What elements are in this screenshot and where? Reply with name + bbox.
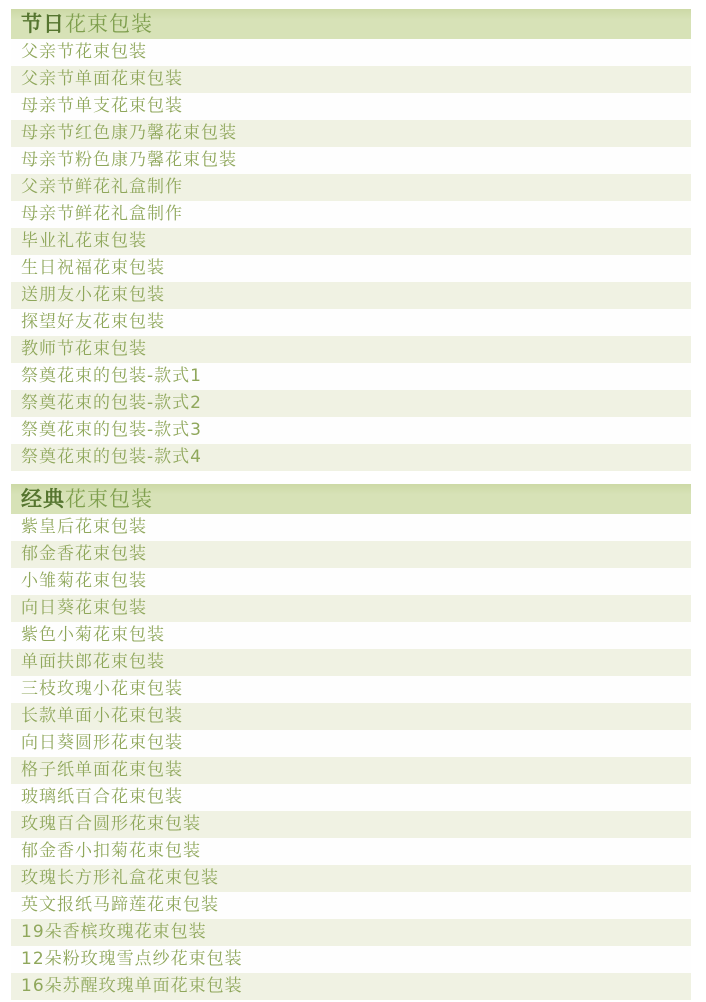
list-item[interactable]: 长款单面小花束包装 xyxy=(11,703,691,730)
list-item[interactable]: 三枝玫瑰小花束包装 xyxy=(11,676,691,703)
list-item-label: 单面扶郎花束包装 xyxy=(21,652,165,672)
list-item-label: 毕业礼花束包装 xyxy=(21,231,147,251)
list-item[interactable]: 格子纸单面花束包装 xyxy=(11,757,691,784)
list-item[interactable]: 向日葵圆形花束包装 xyxy=(11,730,691,757)
list-item[interactable]: 父亲节鲜花礼盒制作 xyxy=(11,174,691,201)
list-item-label: 探望好友花束包装 xyxy=(21,312,165,332)
list-item-label: 向日葵圆形花束包装 xyxy=(21,733,183,753)
list-item-label: 郁金香小扣菊花束包装 xyxy=(21,841,201,861)
list-item[interactable]: 12朵粉玫瑰雪点纱花束包装 xyxy=(11,946,691,973)
category-section: 经典花束包装 紫皇后花束包装 郁金香花束包装 小雏菊花束包装 向日葵花束包装 紫… xyxy=(11,484,691,1000)
list-item[interactable]: 英文报纸马蹄莲花束包装 xyxy=(11,892,691,919)
list-item[interactable]: 紫皇后花束包装 xyxy=(11,514,691,541)
section-title-rest: 花束包装 xyxy=(65,487,153,511)
list-item-label: 玻璃纸百合花束包装 xyxy=(21,787,183,807)
list-item[interactable]: 玫瑰百合圆形花束包装 xyxy=(11,811,691,838)
list-item-label: 紫皇后花束包装 xyxy=(21,517,147,537)
list-item[interactable]: 母亲节红色康乃馨花束包装 xyxy=(11,120,691,147)
list-item-label: 母亲节单支花束包装 xyxy=(21,96,183,116)
list-item[interactable]: 小雏菊花束包装 xyxy=(11,568,691,595)
list-item[interactable]: 紫色小菊花束包装 xyxy=(11,622,691,649)
list-item[interactable]: 祭奠花束的包装-款式3 xyxy=(11,417,691,444)
list-item-label: 祭奠花束的包装-款式1 xyxy=(21,366,202,386)
list-item[interactable]: 探望好友花束包装 xyxy=(11,309,691,336)
list-item-label: 母亲节粉色康乃馨花束包装 xyxy=(21,150,237,170)
list-item-label: 祭奠花束的包装-款式2 xyxy=(21,393,202,413)
list-item[interactable]: 郁金香小扣菊花束包装 xyxy=(11,838,691,865)
list-item-label: 母亲节红色康乃馨花束包装 xyxy=(21,123,237,143)
list-item[interactable]: 母亲节粉色康乃馨花束包装 xyxy=(11,147,691,174)
list-item-label: 玫瑰长方形礼盒花束包装 xyxy=(21,868,219,888)
list-item-label: 16朵苏醒玫瑰单面花束包装 xyxy=(21,976,243,996)
section-items: 紫皇后花束包装 郁金香花束包装 小雏菊花束包装 向日葵花束包装 紫色小菊花束包装… xyxy=(11,514,691,1000)
section-title-rest: 花束包装 xyxy=(65,12,153,36)
list-item[interactable]: 父亲节花束包装 xyxy=(11,39,691,66)
list-item[interactable]: 郁金香花束包装 xyxy=(11,541,691,568)
list-item[interactable]: 向日葵花束包装 xyxy=(11,595,691,622)
list-item-label: 祭奠花束的包装-款式3 xyxy=(21,420,202,440)
list-item-label: 母亲节鲜花礼盒制作 xyxy=(21,204,183,224)
list-item-label: 送朋友小花束包装 xyxy=(21,285,165,305)
list-item-label: 郁金香花束包装 xyxy=(21,544,147,564)
list-item[interactable]: 毕业礼花束包装 xyxy=(11,228,691,255)
list-item[interactable]: 19朵香槟玫瑰花束包装 xyxy=(11,919,691,946)
section-gap xyxy=(11,471,691,484)
list-item[interactable]: 玫瑰长方形礼盒花束包装 xyxy=(11,865,691,892)
list-item-label: 父亲节鲜花礼盒制作 xyxy=(21,177,183,197)
list-item-label: 玫瑰百合圆形花束包装 xyxy=(21,814,201,834)
list-item-label: 父亲节单面花束包装 xyxy=(21,69,183,89)
list-item-label: 向日葵花束包装 xyxy=(21,598,147,618)
section-items: 父亲节花束包装 父亲节单面花束包装 母亲节单支花束包装 母亲节红色康乃馨花束包装… xyxy=(11,39,691,471)
list-item-label: 格子纸单面花束包装 xyxy=(21,760,183,780)
list-item[interactable]: 母亲节鲜花礼盒制作 xyxy=(11,201,691,228)
list-item-label: 祭奠花束的包装-款式4 xyxy=(21,447,202,467)
list-item[interactable]: 16朵苏醒玫瑰单面花束包装 xyxy=(11,973,691,1000)
list-item[interactable]: 玻璃纸百合花束包装 xyxy=(11,784,691,811)
bouquet-category-list: 节日花束包装 父亲节花束包装 父亲节单面花束包装 母亲节单支花束包装 母亲节红色… xyxy=(11,9,691,1000)
list-item[interactable]: 教师节花束包装 xyxy=(11,336,691,363)
category-section: 节日花束包装 父亲节花束包装 父亲节单面花束包装 母亲节单支花束包装 母亲节红色… xyxy=(11,9,691,471)
list-item[interactable]: 祭奠花束的包装-款式1 xyxy=(11,363,691,390)
section-title-strong: 节日 xyxy=(21,12,65,36)
list-item[interactable]: 母亲节单支花束包装 xyxy=(11,93,691,120)
list-item[interactable]: 生日祝福花束包装 xyxy=(11,255,691,282)
list-item[interactable]: 单面扶郎花束包装 xyxy=(11,649,691,676)
section-header[interactable]: 经典花束包装 xyxy=(11,484,691,514)
list-item-label: 三枝玫瑰小花束包装 xyxy=(21,679,183,699)
list-item[interactable]: 祭奠花束的包装-款式4 xyxy=(11,444,691,471)
list-item-label: 12朵粉玫瑰雪点纱花束包装 xyxy=(21,949,243,969)
list-item-label: 长款单面小花束包装 xyxy=(21,706,183,726)
list-item-label: 生日祝福花束包装 xyxy=(21,258,165,278)
list-item-label: 19朵香槟玫瑰花束包装 xyxy=(21,922,207,942)
section-header[interactable]: 节日花束包装 xyxy=(11,9,691,39)
list-item-label: 小雏菊花束包装 xyxy=(21,571,147,591)
list-item-label: 英文报纸马蹄莲花束包装 xyxy=(21,895,219,915)
list-item[interactable]: 祭奠花束的包装-款式2 xyxy=(11,390,691,417)
list-item-label: 紫色小菊花束包装 xyxy=(21,625,165,645)
list-item-label: 教师节花束包装 xyxy=(21,339,147,359)
list-item-label: 父亲节花束包装 xyxy=(21,42,147,62)
list-item[interactable]: 父亲节单面花束包装 xyxy=(11,66,691,93)
list-item[interactable]: 送朋友小花束包装 xyxy=(11,282,691,309)
section-title-strong: 经典 xyxy=(21,487,65,511)
